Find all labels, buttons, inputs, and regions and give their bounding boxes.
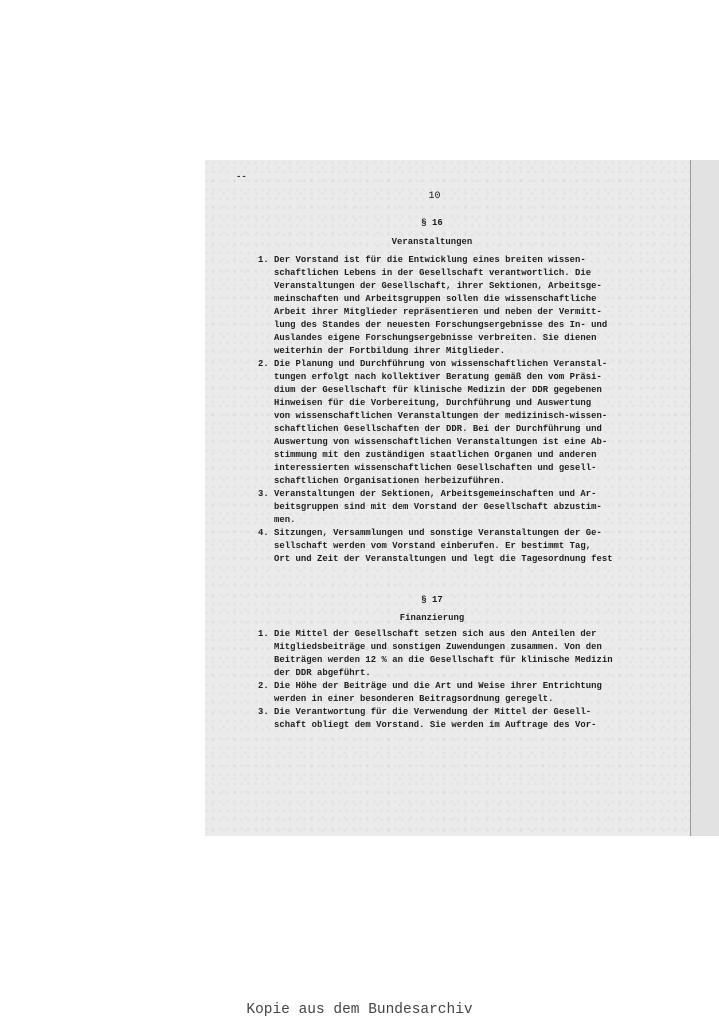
- paragraph-text: Sitzungen, Versammlungen und sonstige Ve…: [274, 528, 613, 564]
- section-heading: Veranstaltungen: [0, 236, 719, 249]
- section-heading: Finanzierung: [0, 612, 719, 625]
- paragraph-text: Die Höhe der Beiträge und die Art und We…: [274, 681, 602, 704]
- paragraph-number: 3.: [258, 488, 269, 501]
- top-mark: --: [236, 172, 247, 182]
- paragraph-number: 1.: [258, 628, 269, 641]
- paragraph-item: 1.Der Vorstand ist für die Entwicklung e…: [258, 254, 638, 358]
- paragraph-item: 2.Die Höhe der Beiträge und die Art und …: [258, 680, 638, 706]
- paragraph-number: 2.: [258, 358, 269, 371]
- page-number: 10: [0, 190, 719, 203]
- paragraph-text: Die Verantwortung für die Verwendung der…: [274, 707, 597, 730]
- section-17-list: 1.Die Mittel der Gesellschaft setzen sic…: [258, 628, 638, 732]
- paragraph-number: 2.: [258, 680, 269, 693]
- paragraph-number: 3.: [258, 706, 269, 719]
- paragraph-item: 4.Sitzungen, Versammlungen und sonstige …: [258, 527, 638, 566]
- next-page-edge: [690, 160, 719, 836]
- paragraph-item: 3.Veranstaltungen der Sektionen, Arbeits…: [258, 488, 638, 527]
- paragraph-text: Veranstaltungen der Sektionen, Arbeitsge…: [274, 489, 602, 525]
- section-number: § 16: [0, 217, 719, 230]
- paragraph-number: 4.: [258, 527, 269, 540]
- paragraph-item: 1.Die Mittel der Gesellschaft setzen sic…: [258, 628, 638, 680]
- paragraph-item: 2.Die Planung und Durchführung von wisse…: [258, 358, 638, 488]
- paragraph-item: 3.Die Verantwortung für die Verwendung d…: [258, 706, 638, 732]
- section-number: § 17: [0, 594, 719, 607]
- paragraph-text: Der Vorstand ist für die Entwicklung ein…: [274, 255, 607, 356]
- paragraph-text: Die Mittel der Gesellschaft setzen sich …: [274, 629, 613, 678]
- archive-footer: Kopie aus dem Bundesarchiv: [0, 1002, 719, 1018]
- paragraph-text: Die Planung und Durchführung von wissens…: [274, 359, 607, 486]
- section-16-list: 1.Der Vorstand ist für die Entwicklung e…: [258, 254, 638, 566]
- paragraph-number: 1.: [258, 254, 269, 267]
